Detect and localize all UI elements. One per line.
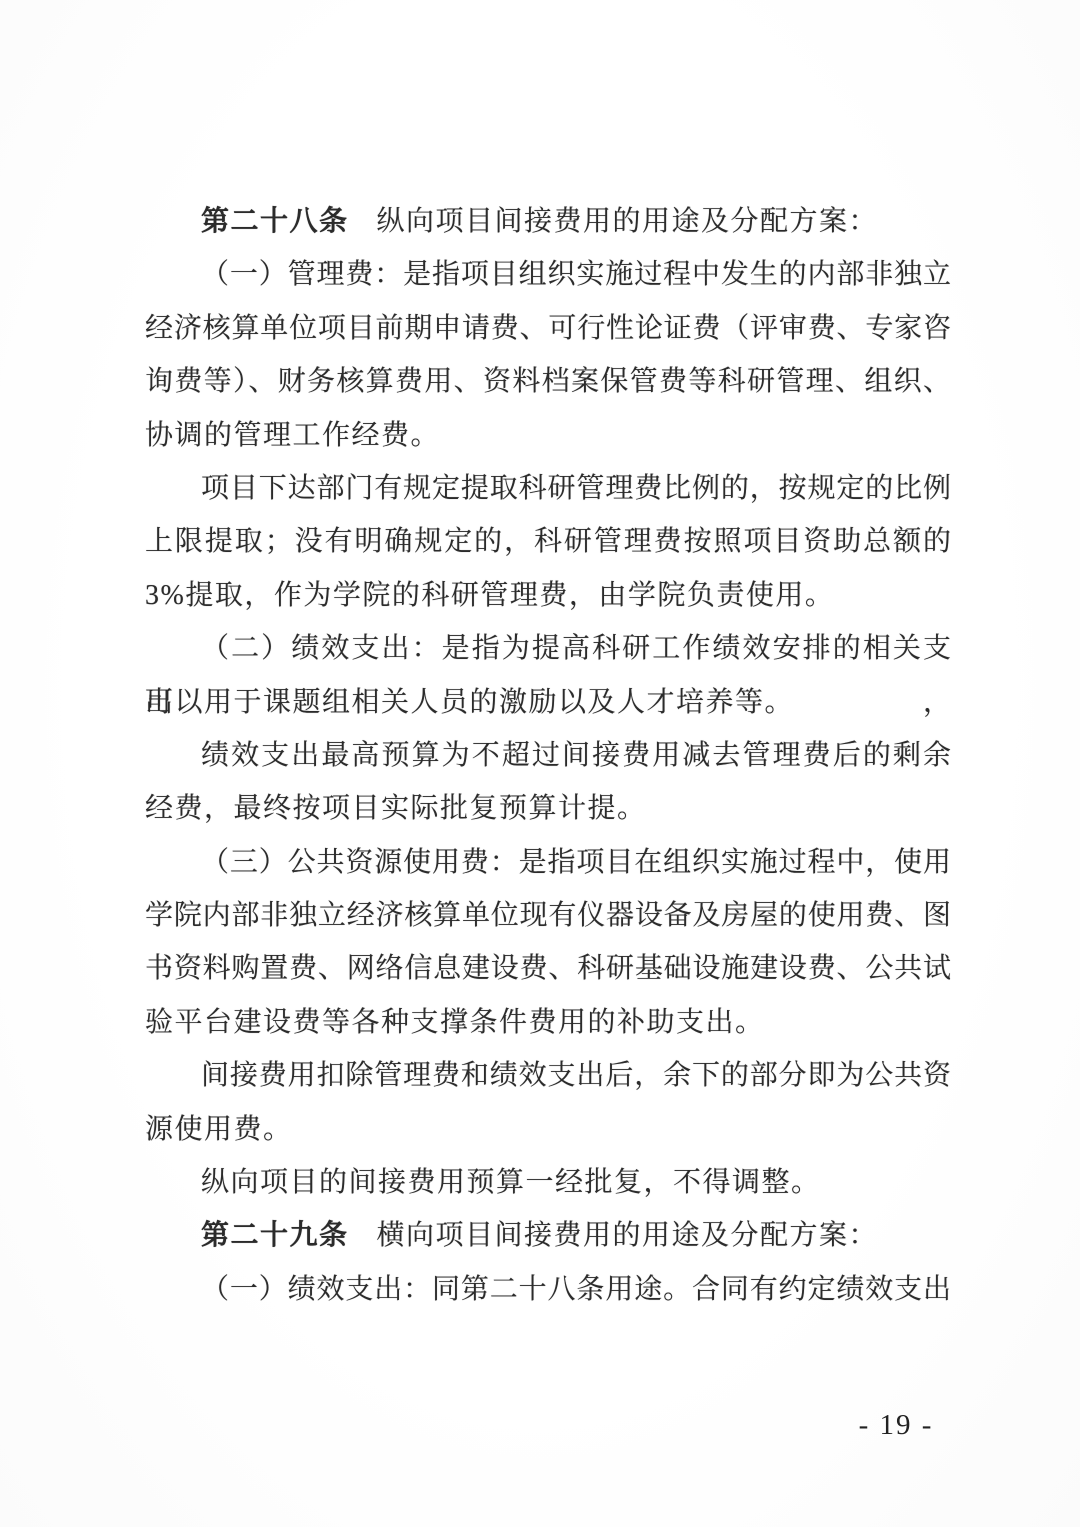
text-line: 纵向项目的间接费用预算一经批复，不得调整。	[145, 1156, 951, 1209]
text-line: （一）管理费：是指项目组织实施过程中发生的内部非独立	[145, 248, 951, 301]
text-line: 项目下达部门有规定提取科研管理费比例的，按规定的比例	[145, 462, 951, 515]
text-line: 源使用费。	[145, 1103, 951, 1156]
text-line: 学院内部非独立经济核算单位现有仪器设备及房屋的使用费、图	[145, 889, 951, 942]
text-line: 书资料购置费、网络信息建设费、科研基础设施建设费、公共试	[145, 942, 951, 995]
article-number: 第二十九条	[201, 1220, 349, 1251]
text-line: 经济核算单位项目前期申请费、可行性论证费（评审费、专家咨	[145, 302, 951, 355]
text-line: （二）绩效支出：是指为提高科研工作绩效安排的相关支出，	[145, 622, 951, 675]
text-line: 上限提取；没有明确规定的，科研管理费按照项目资助总额的	[145, 515, 951, 568]
page-number: - 19 -	[836, 1405, 956, 1445]
text-body: 第二十八条纵向项目间接费用的用途及分配方案：（一）管理费：是指项目组织实施过程中…	[145, 195, 951, 1316]
heading-text: 横向项目间接费用的用途及分配方案：	[377, 1220, 879, 1251]
text-line: 询费等）、财务核算费用、资料档案保管费等科研管理、组织、	[145, 355, 951, 408]
text-line: 经费，最终按项目实际批复预算计提。	[145, 782, 951, 835]
text-line: （三）公共资源使用费：是指项目在组织实施过程中，使用	[145, 836, 951, 889]
heading-line: 第二十八条纵向项目间接费用的用途及分配方案：	[145, 195, 951, 248]
article-number: 第二十八条	[201, 206, 349, 237]
text-line: 3%提取，作为学院的科研管理费，由学院负责使用。	[145, 569, 951, 622]
heading-line: 第二十九条横向项目间接费用的用途及分配方案：	[145, 1209, 951, 1262]
document-page: 第二十八条纵向项目间接费用的用途及分配方案：（一）管理费：是指项目组织实施过程中…	[0, 0, 1080, 1527]
text-line: 间接费用扣除管理费和绩效支出后，余下的部分即为公共资	[145, 1049, 951, 1102]
text-line: 绩效支出最高预算为不超过间接费用减去管理费后的剩余	[145, 729, 951, 782]
text-line: （一）绩效支出：同第二十八条用途。合同有约定绩效支出	[145, 1263, 951, 1316]
heading-text: 纵向项目间接费用的用途及分配方案：	[377, 206, 879, 237]
text-line: 验平台建设费等各种支撑条件费用的补助支出。	[145, 996, 951, 1049]
text-line: 协调的管理工作经费。	[145, 409, 951, 462]
